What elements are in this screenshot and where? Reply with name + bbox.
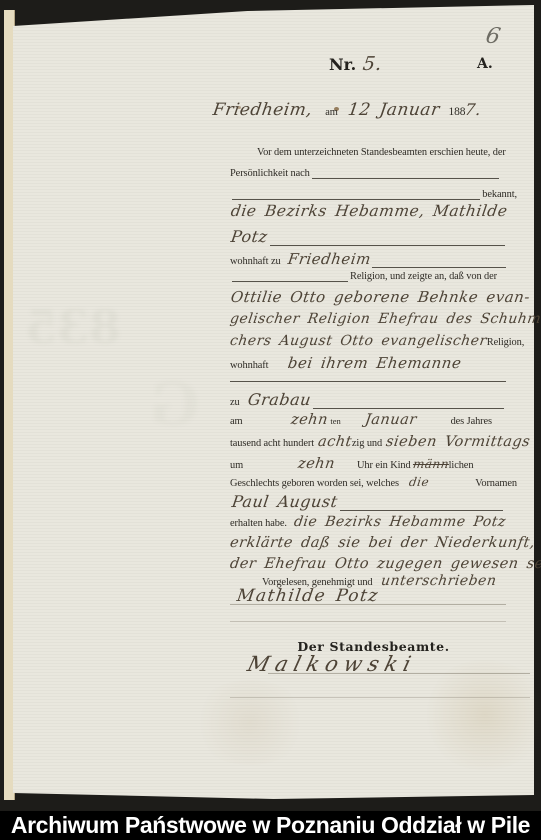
printed-am: am bbox=[325, 107, 338, 118]
handwritten-signature-declarant: Mathilde Potz bbox=[236, 586, 381, 606]
printed-zig-und: zig und bbox=[352, 438, 382, 449]
nr-value-handwritten: 5. bbox=[362, 53, 384, 75]
declarant-signature: Mathilde Potz bbox=[237, 586, 379, 606]
printed-zu: zu bbox=[230, 397, 240, 408]
bleedthrough-ghost-text: 835 bbox=[25, 300, 121, 354]
blank-line bbox=[232, 197, 480, 200]
closing-line-3: der Ehefrau Otto zugegen gewesen sei. bbox=[230, 556, 541, 572]
printed-vornamen: Vornamen bbox=[475, 478, 517, 489]
handwritten-with-husband: bei ihrem Ehemanne bbox=[287, 354, 463, 372]
intro-line-1: Vor dem unterzeichneten Standesbeamten e… bbox=[257, 147, 506, 158]
printed-ten-suffix: ten bbox=[330, 416, 340, 426]
blank-line bbox=[232, 279, 348, 282]
printed-um: um bbox=[230, 460, 243, 471]
printed-religion-word: Religion, bbox=[487, 337, 525, 348]
blank-line bbox=[312, 176, 499, 179]
declarant-line-2: Potz bbox=[231, 227, 507, 246]
handwritten-sex-correction: männ bbox=[412, 457, 450, 471]
religion-line: Religion, und zeigte an, daß von der bbox=[230, 271, 517, 282]
paper-stain bbox=[190, 680, 310, 765]
blank-line bbox=[230, 381, 506, 382]
given-names-line: Paul August bbox=[232, 492, 505, 511]
blank-line bbox=[270, 243, 505, 246]
intro-line-2: Persönlichkeit nach bbox=[230, 168, 501, 179]
handwritten-place: Friedheim, bbox=[212, 100, 314, 120]
printed-des-jahres: des Jahres bbox=[451, 416, 492, 427]
birth-hour-line: um zehn Uhr ein Kind männ lichen bbox=[230, 456, 517, 472]
printed-erhalten-habe: erhalten habe. bbox=[230, 518, 287, 529]
blank-line bbox=[313, 406, 504, 409]
nr-label: Nr. bbox=[329, 55, 356, 74]
handwritten-die: die bbox=[408, 475, 430, 489]
archive-footer-text: Archiwum Państwowe w Poznaniu Oddział w … bbox=[11, 812, 530, 839]
handwritten-declarant-surname: Potz bbox=[230, 227, 269, 246]
faint-line bbox=[268, 673, 530, 674]
faint-line bbox=[230, 621, 506, 622]
corner-page-number: 6 bbox=[484, 23, 503, 49]
bleedthrough-ghost-letter: G bbox=[150, 370, 200, 438]
printed-year-prefix: 188 bbox=[448, 106, 465, 118]
printed-lichen: lichen bbox=[449, 460, 474, 471]
handwritten-decade: acht bbox=[317, 434, 353, 450]
form-letter: A. bbox=[477, 56, 493, 72]
residence-line: wohnhaft zu Friedheim bbox=[230, 250, 508, 268]
birthplace-line: zu Grabau bbox=[230, 390, 506, 409]
printed-geschlechts: Geschlechts geboren worden sei, welches bbox=[230, 478, 399, 489]
erhalten-line: erhalten habe. die Bezirks Hebamme Potz bbox=[230, 514, 506, 530]
closing-line-2: erklärte daß sie bei der Niederkunft, bbox=[230, 535, 535, 551]
archive-footer-bar: Archiwum Państwowe w Poznaniu Oddział w … bbox=[0, 811, 541, 840]
mother-residence-line: wohnhaft bei ihrem Ehemanne bbox=[230, 354, 462, 372]
declarant-line-1: die Bezirks Hebamme, Mathilde bbox=[231, 202, 507, 220]
printed-intro2: Persönlichkeit nach bbox=[230, 168, 310, 179]
dateline: Friedheim, am 12 Januar 188 7. bbox=[213, 100, 482, 120]
handwritten-father-name: chers August Otto evangelischer bbox=[229, 333, 488, 349]
mother-line-2: gelischer Religion Ehefrau des Schuhma- bbox=[230, 311, 541, 327]
printed-am2: am bbox=[230, 416, 243, 427]
printed-religion-clause: Religion, und zeigte an, daß von der bbox=[350, 271, 497, 282]
handwritten-residence: Friedheim bbox=[286, 250, 371, 268]
faint-line bbox=[230, 604, 506, 605]
printed-uhr-ein-kind: Uhr ein Kind bbox=[357, 460, 411, 471]
intro-line-3: bekannt, bbox=[230, 189, 517, 200]
paper-stain bbox=[420, 660, 541, 770]
mother-line-3: chers August Otto evangelischer Religion… bbox=[230, 333, 517, 349]
blank-line bbox=[340, 508, 503, 511]
handwritten-year-digit: 7. bbox=[464, 100, 483, 119]
printed-bekannt: bekannt, bbox=[482, 189, 517, 200]
printed-intro1: Vor dem unterzeichneten Standesbeamten e… bbox=[257, 147, 506, 158]
geschlechts-line: Geschlechts geboren worden sei, welches … bbox=[230, 475, 517, 489]
scan-content: 835 G Nr. 5. 6 A. Friedheim, am 12 Janua… bbox=[0, 0, 541, 840]
handwritten-month: Januar bbox=[364, 412, 418, 428]
handwritten-units-time: sieben Vormittags bbox=[385, 434, 531, 450]
handwritten-mother-name: Ottilie Otto geborene Behnke evan- bbox=[230, 288, 532, 306]
handwritten-given-names: Paul August bbox=[231, 492, 339, 511]
birthdate-line: am zehn ten Januar des Jahres bbox=[230, 412, 492, 428]
printed-wohnhaft-zu: wohnhaft zu bbox=[230, 256, 281, 267]
printed-tausend: tausend acht hundert bbox=[230, 438, 314, 449]
handwritten-unterschrieben: unterschrieben bbox=[379, 573, 497, 589]
blank-line bbox=[372, 265, 506, 268]
birthyear-line: tausend acht hundert acht zig und sieben… bbox=[230, 434, 520, 450]
handwritten-hour: zehn bbox=[297, 456, 336, 472]
handwritten-closing3: der Ehefrau Otto zugegen gewesen sei. bbox=[229, 556, 541, 572]
handwritten-date: 12 Januar bbox=[346, 100, 440, 120]
printed-wohnhaft: wohnhaft bbox=[230, 360, 268, 371]
handwritten-closing2: erklärte daß sie bei der Niederkunft, bbox=[229, 535, 536, 551]
mother-line-1: Ottilie Otto geborene Behnke evan- bbox=[231, 288, 530, 306]
handwritten-day: zehn bbox=[289, 412, 328, 428]
faint-line bbox=[230, 697, 530, 698]
record-number: Nr. 5. bbox=[329, 53, 382, 75]
handwritten-mother-religion: gelischer Religion Ehefrau des Schuhma- bbox=[229, 311, 541, 327]
handwritten-declarant-name: die Bezirks Hebamme, Mathilde bbox=[230, 202, 509, 220]
handwritten-birthplace: Grabau bbox=[246, 390, 312, 409]
handwritten-closing1: die Bezirks Hebamme Potz bbox=[293, 514, 507, 530]
